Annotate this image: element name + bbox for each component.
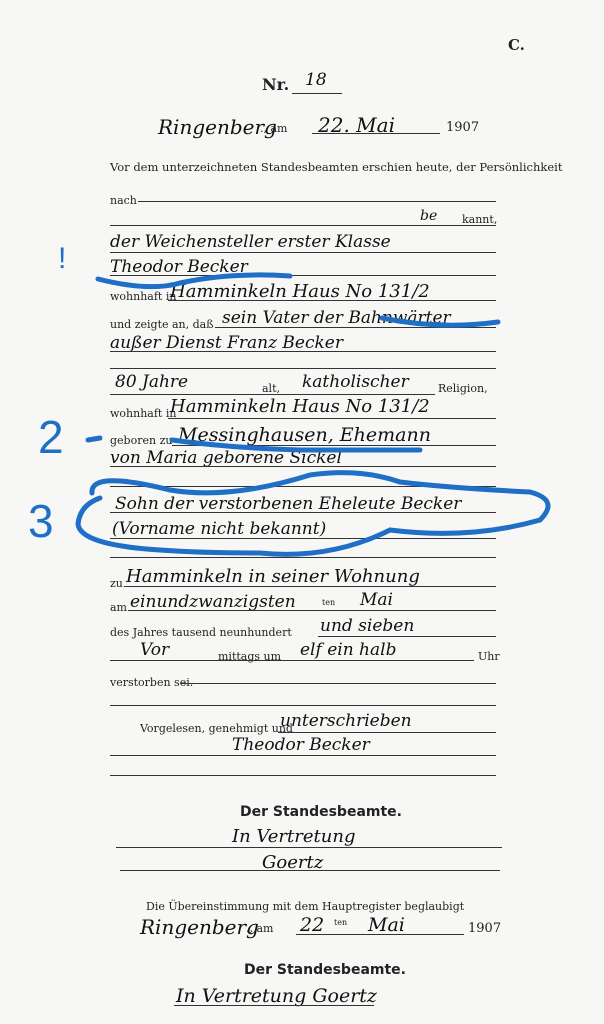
underline-occupation bbox=[382, 318, 498, 325]
circle-parents bbox=[78, 473, 548, 555]
annotation-strokes bbox=[0, 0, 604, 1024]
underline-birthplace bbox=[172, 440, 420, 450]
underline-informant-name bbox=[98, 275, 290, 287]
